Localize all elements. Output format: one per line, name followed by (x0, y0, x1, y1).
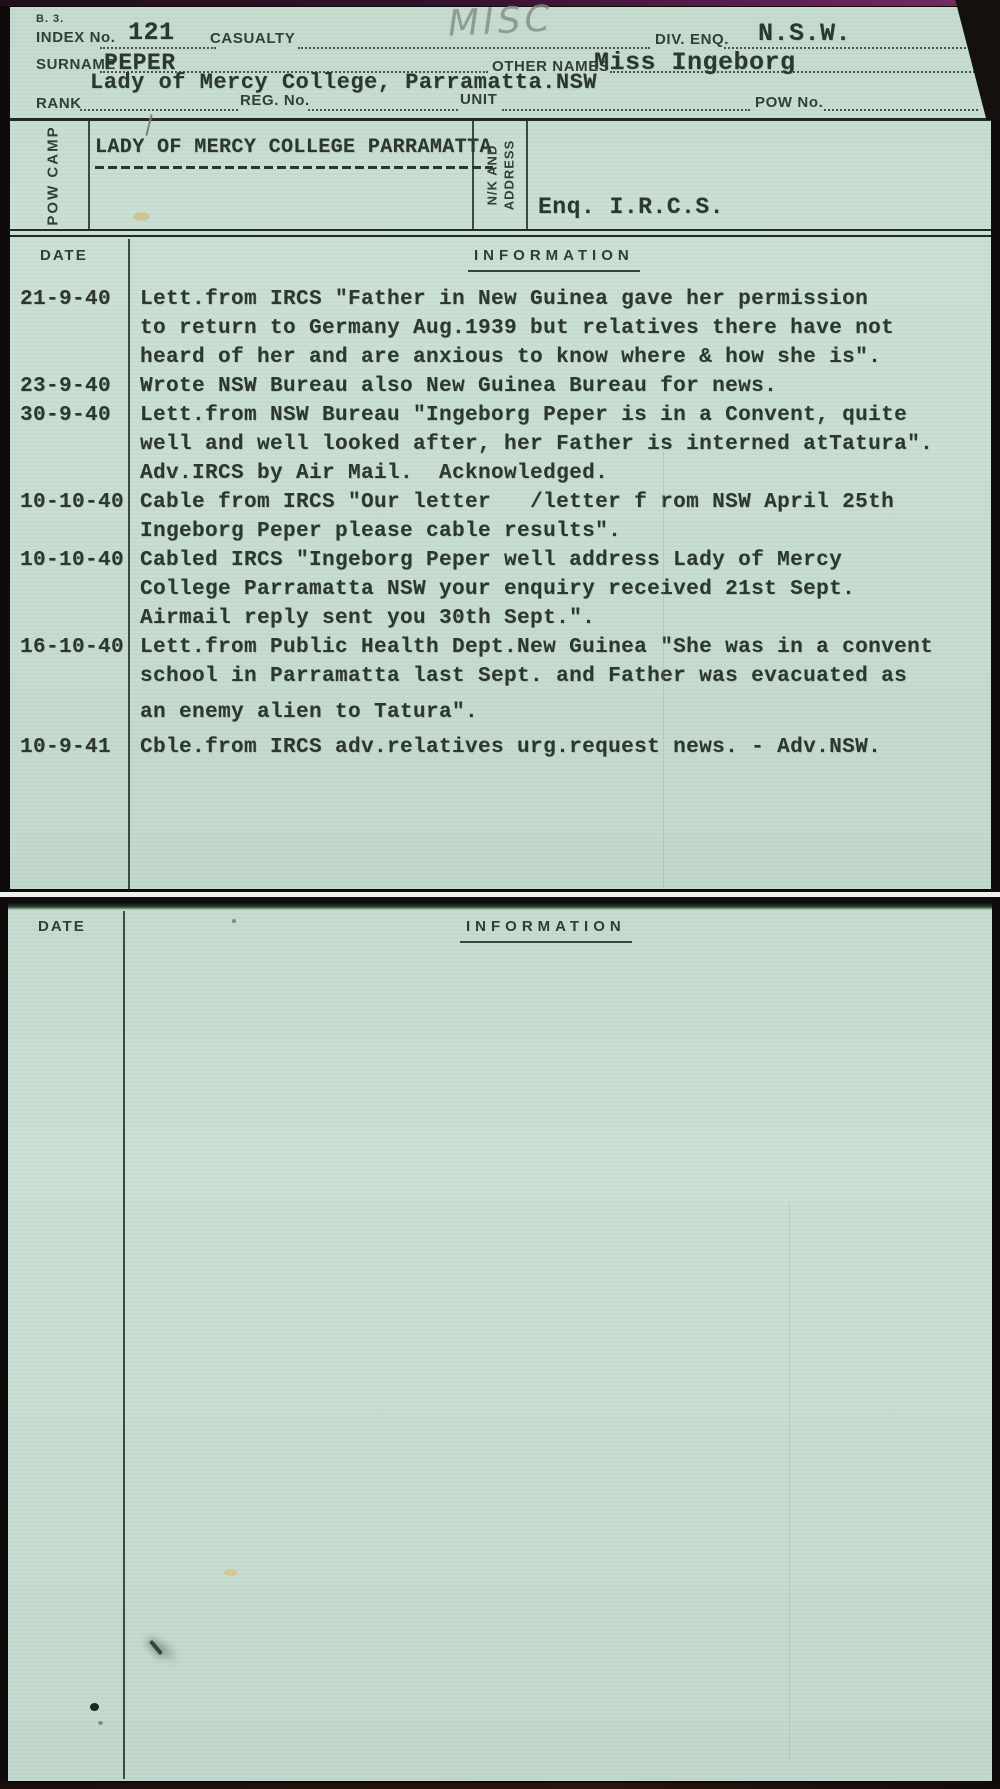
table-row: 10-10-40Cabled IRCS "Ingeborg Peper well… (10, 546, 975, 633)
entry-line: well and well looked after, her Father i… (140, 430, 933, 459)
entry-text: Wrote NSW Bureau also New Guinea Bureau … (127, 372, 777, 401)
box-bottom-rule (10, 229, 991, 237)
entry-line: Lett.from Public Health Dept.New Guinea … (140, 633, 933, 662)
entry-date: 23-9-40 (10, 372, 127, 401)
entry-line: Cble.from IRCS adv.relatives urg.request… (140, 733, 881, 762)
dotted-rule (824, 109, 978, 111)
entry-line: College Parramatta NSW your enquiry rece… (140, 575, 855, 604)
table-row: 16-10-40Lett.from Public Health Dept.New… (10, 633, 975, 727)
paper-crease (663, 447, 664, 887)
address-line-value: Lady of Mercy College, Parramatta.NSW (90, 71, 597, 95)
information-entries: 21-9-40Lett.from IRCS "Father in New Gui… (10, 285, 975, 762)
entry-date: 21-9-40 (10, 285, 127, 372)
table-column-divider (123, 911, 125, 1779)
typed-underline (95, 166, 493, 169)
unit-label: UNIT (460, 92, 497, 107)
dotted-rule (502, 109, 750, 111)
div-enq-label: DIV. ENQ. (655, 32, 729, 47)
entry-line: heard of her and are anxious to know whe… (140, 343, 894, 372)
dotted-rule (308, 109, 458, 111)
nka-address-label: N/K AND ADDRESS (483, 140, 517, 211)
ink-speck (232, 919, 236, 923)
index-no-label: INDEX No. (36, 30, 116, 45)
rank-label: RANK (36, 96, 82, 111)
entry-line: Lett.from NSW Bureau "Ingeborg Peper is … (140, 401, 933, 430)
paper-stain (133, 212, 150, 221)
table-row: 30-9-40Lett.from NSW Bureau "Ingeborg Pe… (10, 401, 975, 488)
pow-camp-label: POW CAMP (45, 125, 62, 225)
entry-date: 10-9-41 (10, 733, 127, 762)
entry-date: 30-9-40 (10, 401, 127, 488)
div-enq-value: N.S.W. (758, 20, 851, 48)
entry-text: Lett.from NSW Bureau "Ingeborg Peper is … (127, 401, 933, 488)
dotted-rule (100, 47, 216, 49)
paper-stain (224, 1569, 237, 1576)
dotted-rule (80, 109, 238, 111)
paper-crease (789, 1203, 790, 1763)
entry-line: Adv.IRCS by Air Mail. Acknowledged. (140, 459, 933, 488)
box-divider (88, 121, 90, 230)
entry-line: Cable from IRCS "Our letter /letter f ro… (140, 488, 894, 517)
entry-line: school in Parramatta last Sept. and Fath… (140, 662, 933, 691)
pow-index-card-front: B. 3. INDEX No. 121 CASUALTY MISC DIV. E… (10, 7, 991, 889)
nka-label-line2: ADDRESS (500, 140, 517, 211)
entry-text: Lett.from IRCS "Father in New Guinea gav… (127, 285, 894, 372)
nka-address-label-cell: N/K AND ADDRESS (472, 121, 528, 229)
information-column-header: INFORMATION (468, 248, 640, 272)
scanned-document-page: B. 3. INDEX No. 121 CASUALTY MISC DIV. E… (0, 0, 1000, 1789)
entry-line: Ingeborg Peper please cable results". (140, 517, 894, 546)
pow-no-label: POW No. (755, 95, 823, 110)
entry-date: 10-10-40 (10, 488, 127, 546)
entry-date: 10-10-40 (10, 546, 127, 633)
casualty-label: CASUALTY (210, 31, 295, 46)
table-row: 21-9-40Lett.from IRCS "Father in New Gui… (10, 285, 975, 372)
scan-bottom-edge (0, 1783, 1000, 1789)
table-row: 10-10-40Cable from IRCS "Our letter /let… (10, 488, 975, 546)
form-code: B. 3. (36, 14, 64, 25)
information-column-header: INFORMATION (460, 919, 632, 943)
card-separator (0, 892, 1000, 897)
ink-smudge (149, 1640, 163, 1656)
entry-text: Cable from IRCS "Our letter /letter f ro… (127, 488, 894, 546)
entry-text: Lett.from Public Health Dept.New Guinea … (127, 633, 933, 727)
entry-line: Airmail reply sent you 30th Sept.". (140, 604, 855, 633)
pow-index-card-continuation: DATE INFORMATION (8, 903, 992, 1781)
casualty-handwritten-note: MISC (447, 1, 554, 42)
table-row: 23-9-40Wrote NSW Bureau also New Guinea … (10, 372, 975, 401)
ink-dot (90, 1703, 99, 1711)
pow-camp-label-cell: POW CAMP (18, 121, 88, 229)
date-column-header: DATE (40, 248, 88, 263)
entry-text: Cble.from IRCS adv.relatives urg.request… (127, 733, 881, 762)
date-column-header: DATE (38, 919, 86, 934)
entry-line: to return to Germany Aug.1939 but relati… (140, 314, 894, 343)
pow-camp-value: LADY OF MERCY COLLEGE PARRAMATTA (95, 137, 492, 159)
entry-line: Cabled IRCS "Ingeborg Peper well address… (140, 546, 855, 575)
entry-line: Lett.from IRCS "Father in New Guinea gav… (140, 285, 894, 314)
nka-label-line1: N/K AND (483, 140, 500, 211)
table-row: 10-9-41Cble.from IRCS adv.relatives urg.… (10, 733, 975, 762)
entry-text: Cabled IRCS "Ingeborg Peper well address… (127, 546, 855, 633)
other-names-value: Miss Ingeborg (594, 49, 796, 77)
index-no-value: 121 (128, 19, 175, 47)
entry-date: 16-10-40 (10, 633, 127, 727)
entry-line: an enemy alien to Tatura". (140, 698, 933, 727)
reg-no-label: REG. No. (240, 93, 310, 108)
enq-ircs-value: Enq. I.R.C.S. (538, 195, 724, 220)
entry-line: Wrote NSW Bureau also New Guinea Bureau … (140, 372, 777, 401)
